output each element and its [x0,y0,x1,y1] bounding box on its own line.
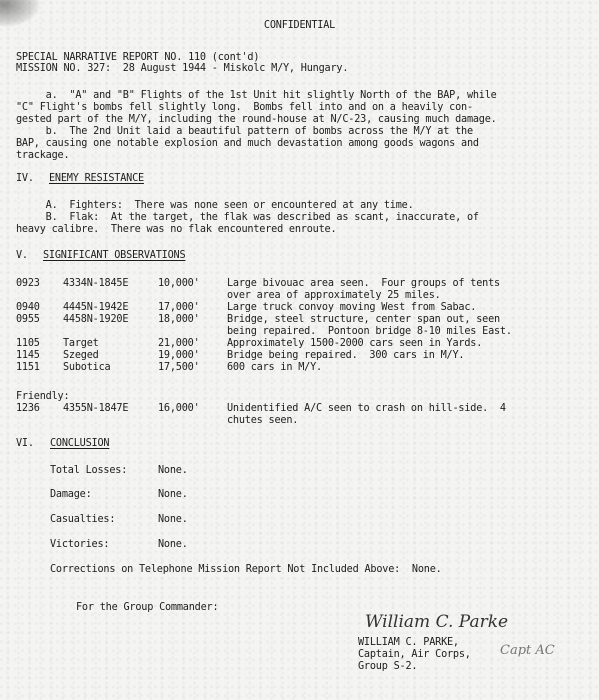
signer-rank: Captain, Air Corps, [358,649,471,661]
obs-description: Unidentified A/C seen to crash on hill-s… [227,403,506,415]
section-iv-title: ENEMY RESISTANCE [49,173,144,185]
obs-description: 600 cars in M/Y. [227,362,322,374]
for-group-commander: For the Group Commander: [76,602,218,614]
signer-position: Group S-2. [358,661,417,673]
paragraph-b-line-1: b. The 2nd Unit laid a beautiful pattern… [16,126,473,138]
obs-location: 4445N-1942E [63,302,128,314]
conclusion-value-victories: None. [158,539,188,551]
signer-name: WILLIAM C. PARKE, [358,637,459,649]
handwritten-rank: Capt AC [500,643,555,658]
obs-description: over area of approximately 25 miles. [227,290,441,302]
obs-description: Bridge, steel structure, center span out… [227,314,500,326]
flak-line-1: B. Flak: At the target, the flak was des… [16,212,479,224]
section-v-title: SIGNIFICANT OBSERVATIONS [43,250,185,262]
paragraph-a-line-1: a. "A" and "B" Flights of the 1st Unit h… [16,90,497,102]
paragraph-a-line-2: "C" Flight's bombs fell slightly long. B… [16,102,473,114]
paragraph-b-line-2: BAP, causing one notable explosion and m… [16,138,479,150]
obs-time: 0940 [16,302,40,314]
conclusion-label-casualties: Casualties: [50,514,115,526]
obs-altitude: 19,000' [158,350,200,362]
obs-altitude: 10,000' [158,278,200,290]
friendly-label: Friendly: [16,391,69,403]
obs-time: 1236 [16,403,40,415]
obs-location: Szeged [63,350,99,362]
obs-altitude: 17,000' [158,302,200,314]
obs-description: Large truck convoy moving West from Saba… [227,302,476,314]
obs-time: 1105 [16,338,40,350]
obs-description: being repaired. Pontoon bridge 8-10 mile… [227,326,512,338]
conclusion-label-damage: Damage: [50,489,92,501]
conclusion-value-losses: None. [158,465,188,477]
section-iv-number: IV. [16,173,34,185]
obs-altitude: 21,000' [158,338,200,350]
paragraph-a-line-3: gested part of the M/Y, including the ro… [16,114,497,126]
section-vi-title: CONCLUSION [50,438,109,450]
obs-altitude: 18,000' [158,314,200,326]
document-page: CONFIDENTIAL SPECIAL NARRATIVE REPORT NO… [0,0,599,700]
obs-location: Subotica [63,362,110,374]
obs-altitude: 16,000' [158,403,200,415]
classification-header: CONFIDENTIAL [0,20,599,32]
handwritten-signature: William C. Parke [365,612,508,632]
obs-time: 0955 [16,314,40,326]
obs-location: 4458N-1920E [63,314,128,326]
paragraph-b-line-3: trackage. [16,150,69,162]
corrections-line: Corrections on Telephone Mission Report … [50,564,442,576]
obs-description: chutes seen. [227,415,298,427]
conclusion-label-victories: Victories: [50,539,109,551]
obs-time: 0923 [16,278,40,290]
section-v-number: V. [16,250,28,262]
obs-altitude: 17,500' [158,362,200,374]
obs-description: Approximately 1500-2000 cars seen in Yar… [227,338,482,350]
obs-location: Target [63,338,99,350]
mission-line: MISSION NO. 327: 28 August 1944 - Miskol… [16,63,348,75]
obs-description: Bridge being repaired. 300 cars in M/Y. [227,350,464,362]
flak-line-2: heavy calibre. There was no flak encount… [16,224,336,236]
fighters-line: A. Fighters: There was none seen or enco… [16,200,414,212]
section-vi-number: VI. [16,438,34,450]
conclusion-value-damage: None. [158,489,188,501]
conclusion-label-losses: Total Losses: [50,465,127,477]
obs-location: 4355N-1847E [63,403,128,415]
obs-time: 1145 [16,350,40,362]
conclusion-value-casualties: None. [158,514,188,526]
obs-description: Large bivouac area seen. Four groups of … [227,278,500,290]
obs-location: 4334N-1845E [63,278,128,290]
obs-time: 1151 [16,362,40,374]
